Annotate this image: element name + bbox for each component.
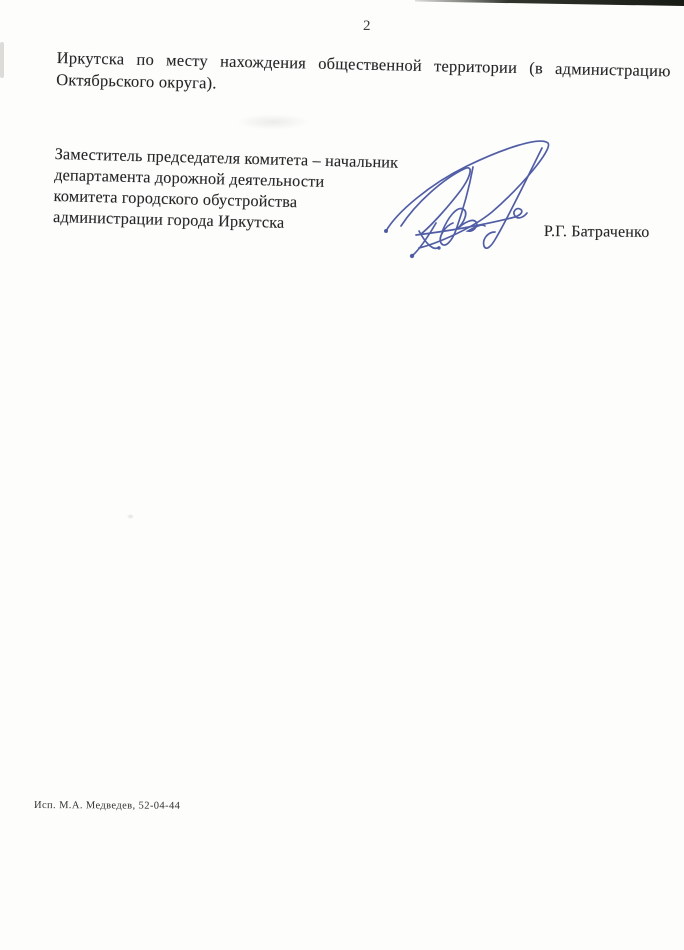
scan-artifact-left-edge	[0, 42, 4, 78]
scan-artifact-smudge	[236, 114, 310, 130]
scan-artifact-top-edge	[415, 0, 684, 6]
handwritten-signature-icon	[372, 136, 557, 266]
executor-footer: Исп. М.А. Медведев, 52-04-44	[34, 800, 180, 812]
page-number: 2	[363, 18, 371, 35]
body-paragraph: Иркутска по месту нахождения общественно…	[56, 47, 671, 104]
signer-name: Р.Г. Батраченко	[544, 223, 650, 242]
scan-artifact-speck	[127, 514, 134, 519]
scanned-document-page: 2 Иркутска по месту нахождения обществен…	[0, 0, 684, 950]
